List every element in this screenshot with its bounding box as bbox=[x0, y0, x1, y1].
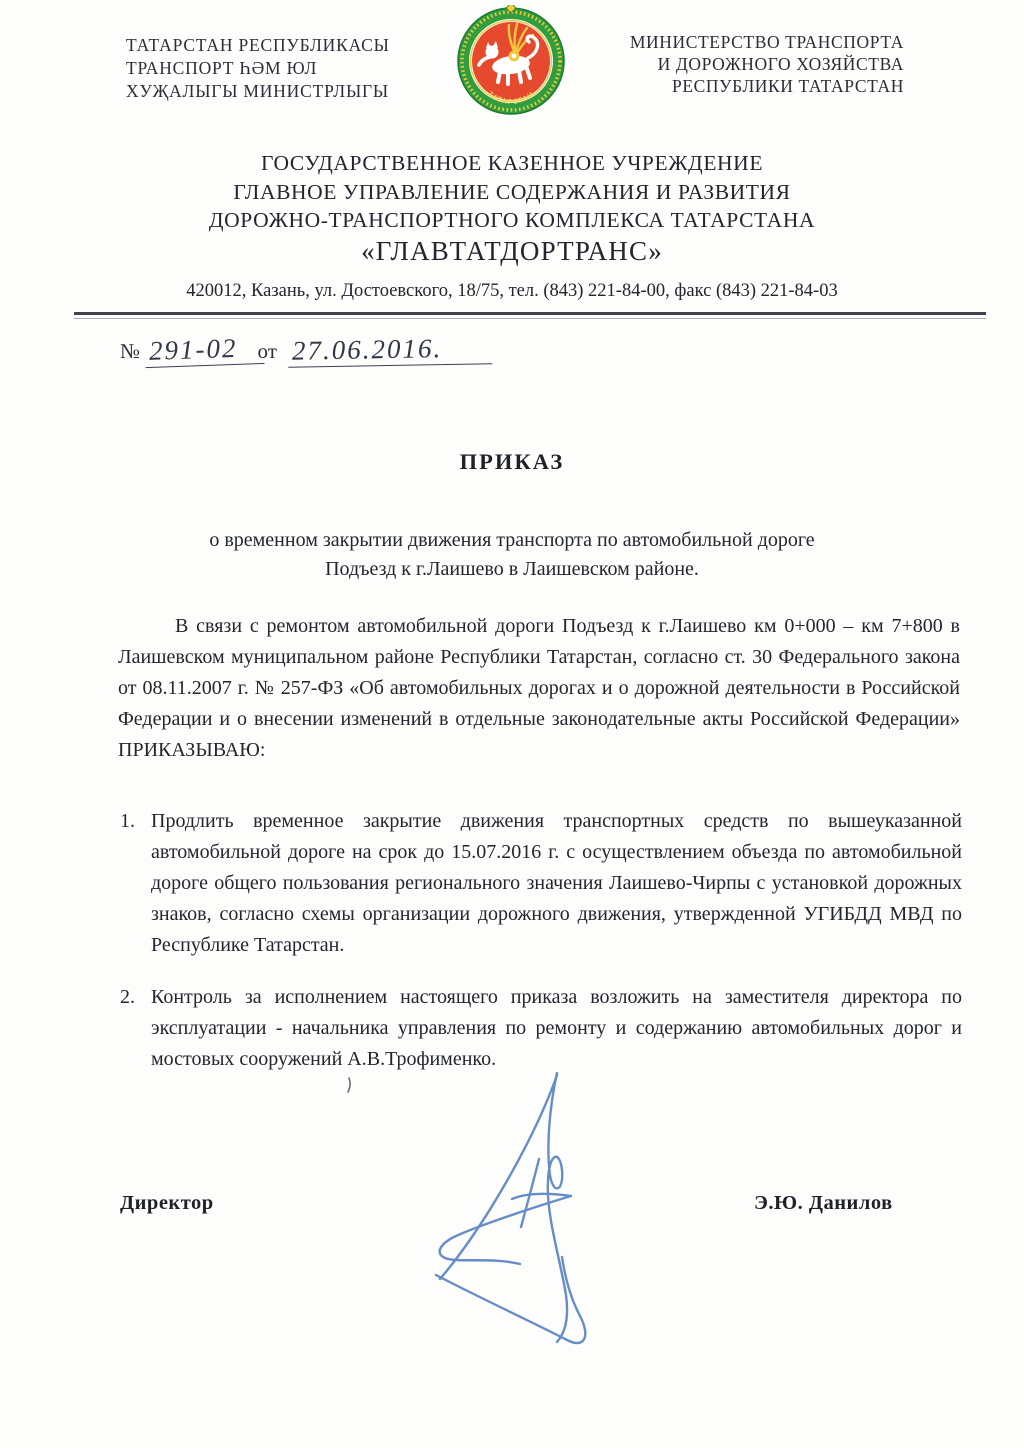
clause-text: Продлить временное закрытие движения тра… bbox=[151, 806, 962, 961]
signoff-role-label: Директор bbox=[120, 1192, 214, 1215]
order-subject: о временном закрытии движения транспорта… bbox=[0, 526, 1024, 584]
order-number-handwritten: 291-02 bbox=[145, 332, 265, 368]
order-clauses: 1. Продлить временное закрытие движения … bbox=[120, 806, 962, 1085]
organization-address: 420012, Казань, ул. Достоевского, 18/75,… bbox=[0, 281, 1024, 302]
signoff-director-name: Э.Ю. Данилов bbox=[754, 1192, 893, 1215]
order-title: ПРИКАЗ bbox=[0, 449, 1024, 475]
organization-line: ДОРОЖНО-ТРАНСПОРТНОГО КОМПЛЕКСА ТАТАРСТА… bbox=[0, 206, 1024, 235]
clause-number: 2. bbox=[120, 982, 151, 1075]
letterhead-tatar-line: ХУҖАЛЫГЫ МИНИСТРЛЫГЫ bbox=[126, 80, 390, 103]
letterhead-tatar-line: ТАТАРСТАН РЕСПУБЛИКАСЫ bbox=[126, 34, 390, 57]
scanned-order-document: ТАТАРСТАН РЕСПУБЛИКАСЫ ТРАНСПОРТ ҺӘМ ЮЛ … bbox=[0, 0, 1024, 1448]
organization-short-name: «ГЛАВТАТДОРТРАНС» bbox=[0, 237, 1024, 266]
order-subject-line: о временном закрытии движения транспорта… bbox=[0, 526, 1024, 555]
tatarstan-coat-of-arms-icon: ТАТАРСТАН bbox=[456, 5, 566, 117]
stray-pen-mark bbox=[344, 1076, 354, 1094]
letterhead-russian-name: МИНИСТЕРСТВО ТРАНСПОРТА И ДОРОЖНОГО ХОЗЯ… bbox=[598, 31, 904, 97]
organization-line: ГЛАВНОЕ УПРАВЛЕНИЕ СОДЕРЖАНИЯ И РАЗВИТИЯ bbox=[0, 178, 1024, 207]
letterhead-russian-line: И ДОРОЖНОГО ХОЗЯЙСТВА bbox=[598, 53, 904, 75]
letterhead-tatar-line: ТРАНСПОРТ ҺӘМ ЮЛ bbox=[126, 57, 390, 80]
order-clause: 1. Продлить временное закрытие движения … bbox=[120, 806, 962, 961]
order-preamble: В связи с ремонтом автомобильной дороги … bbox=[118, 611, 960, 766]
director-signature-ink bbox=[400, 1053, 660, 1383]
organization-line: ГОСУДАРСТВЕННОЕ КАЗЕННОЕ УЧРЕЖДЕНИЕ bbox=[0, 149, 1024, 178]
letterhead-divider-rule bbox=[74, 312, 986, 319]
letterhead-tatar-name: ТАТАРСТАН РЕСПУБЛИКАСЫ ТРАНСПОРТ ҺӘМ ЮЛ … bbox=[126, 34, 390, 103]
number-sign-label: № bbox=[120, 339, 140, 363]
order-number-line: № 291-02 от 27.06.2016. bbox=[120, 334, 492, 366]
organization-block: ГОСУДАРСТВЕННОЕ КАЗЕННОЕ УЧРЕЖДЕНИЕ ГЛАВ… bbox=[0, 149, 1024, 265]
order-subject-line: Подъезд к г.Лаишево в Лаишевском районе. bbox=[0, 555, 1024, 584]
letterhead-russian-line: МИНИСТЕРСТВО ТРАНСПОРТА bbox=[598, 31, 904, 53]
order-date-handwritten: 27.06.2016. bbox=[288, 332, 493, 368]
clause-number: 1. bbox=[120, 806, 151, 961]
letterhead-russian-line: РЕСПУБЛИКИ ТАТАРСТАН bbox=[598, 75, 904, 97]
